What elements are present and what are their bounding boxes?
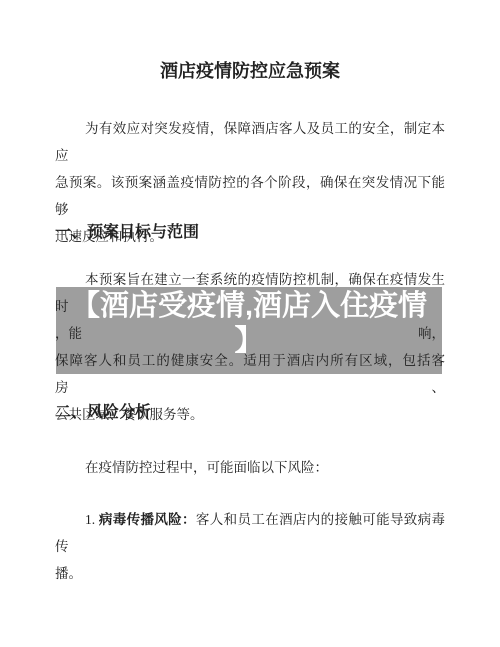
- watermark-text-line-2: 】: [56, 324, 442, 359]
- risk-item-1-number: 1.: [85, 512, 99, 527]
- risk-item-1: 1. 病毒传播风险：客人和员工在酒店内的接触可能导致病毒传 播。: [55, 506, 445, 587]
- watermark-text-line-1: 【酒店受疫情,酒店入住疫情: [56, 289, 442, 324]
- section-1-heading: 一、预案目标与范围: [55, 222, 199, 244]
- section-2-intro-line: 在疫情防控过程中，可能面临以下风险：: [55, 454, 445, 481]
- section-2-intro: 在疫情防控过程中，可能面临以下风险：: [55, 454, 445, 481]
- risk-item-1-line-2: 播。: [55, 560, 445, 587]
- document-page: 酒店疫情防控应急预案 为有效应对突发疫情，保障酒店客人及员工的安全，制定本应 急…: [0, 0, 500, 647]
- risk-item-1-label: 病毒传播风险：: [99, 512, 196, 527]
- watermark-text: 【酒店受疫情,酒店入住疫情 】: [56, 289, 442, 359]
- risk-item-1-line-1: 1. 病毒传播风险：客人和员工在酒店内的接触可能导致病毒传: [55, 506, 445, 560]
- section-2-heading: 二、风险分析: [55, 402, 151, 424]
- intro-line-2: 急预案。该预案涵盖疫情防控的各个阶段，确保在突发情况下能够: [55, 169, 445, 223]
- page-title: 酒店疫情防控应急预案: [0, 59, 500, 83]
- intro-line-1: 为有效应对突发疫情，保障酒店客人及员工的安全，制定本应: [55, 115, 445, 169]
